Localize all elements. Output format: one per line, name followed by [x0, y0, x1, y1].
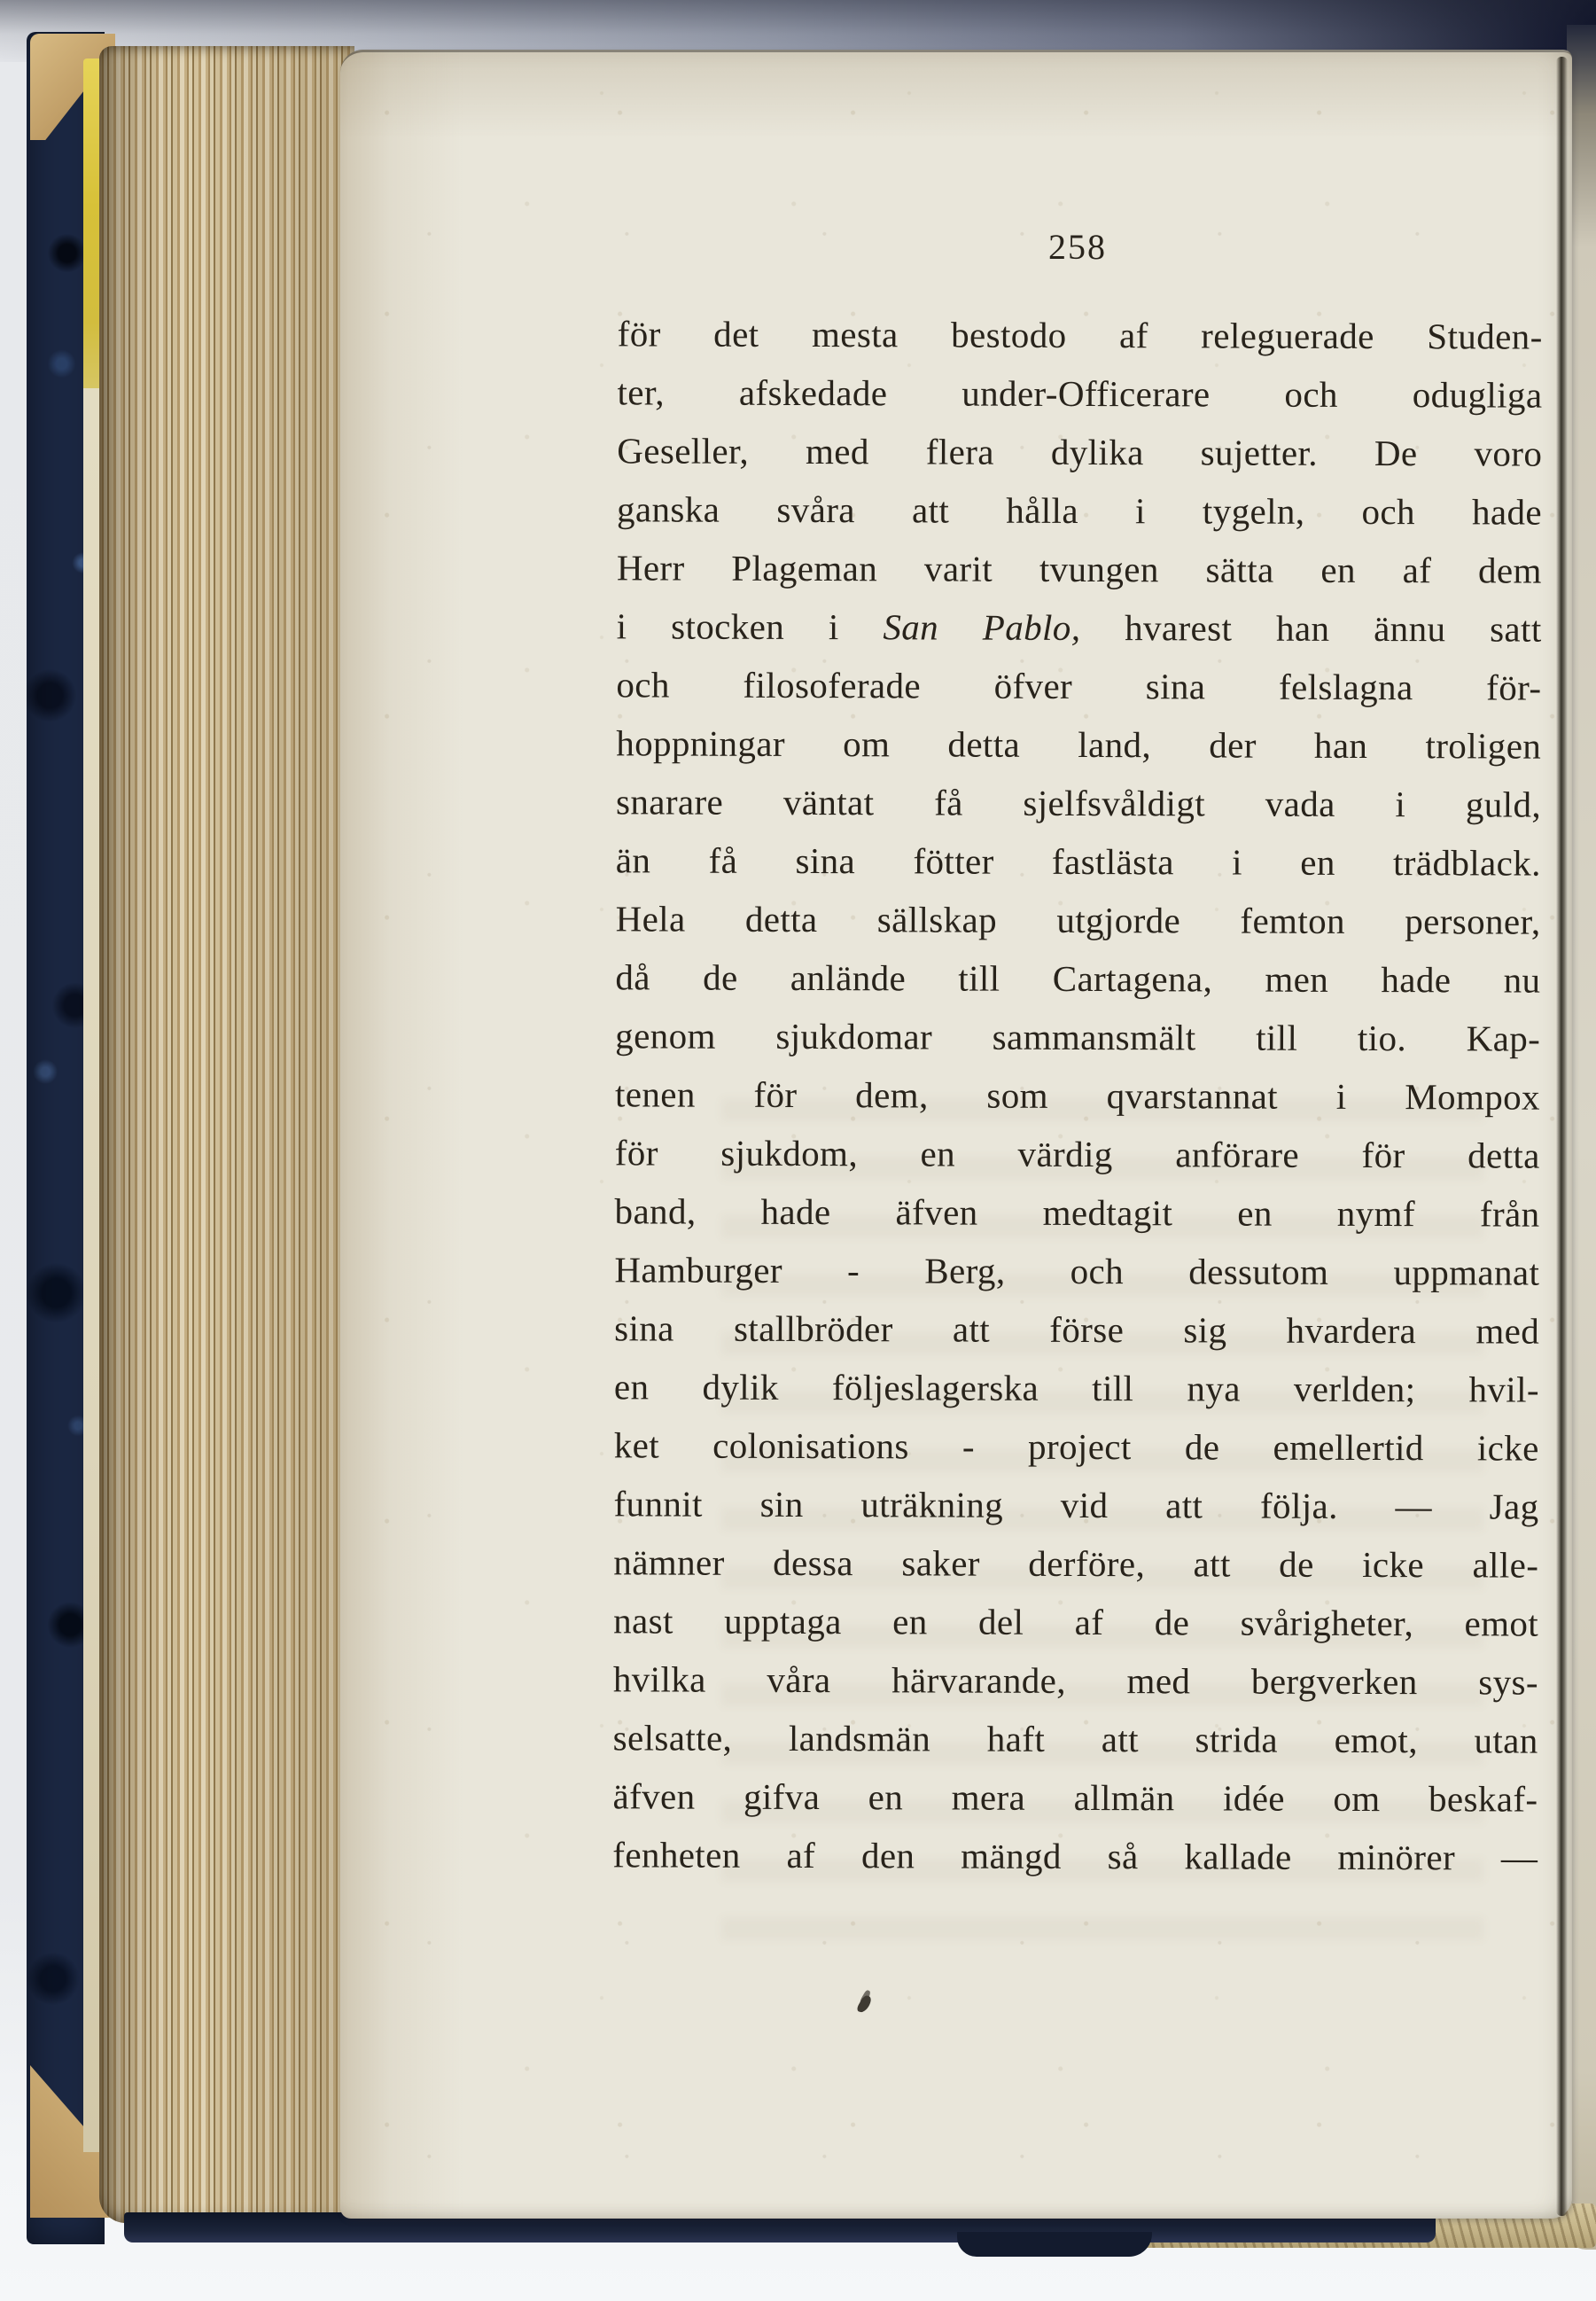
- text-line: fenheten af den mängd så kallade minörer…: [612, 1825, 1538, 1886]
- body-text: i stocken i: [617, 605, 884, 647]
- body-text: än få sina fötter fastlästa i en trädbla…: [616, 839, 1541, 883]
- text-line: funnit sin uträkning vid att följa. — Ja…: [613, 1474, 1538, 1535]
- text-line: hoppningar om detta land, der han trolig…: [616, 714, 1541, 775]
- body-text: nämner dessa saker derföre, att de icke …: [613, 1541, 1538, 1585]
- body-text: då de anlände till Cartagena, men hade n…: [615, 956, 1540, 1000]
- book-scan: 258 för det mesta bestodo af releguerade…: [0, 0, 1596, 2301]
- text-line: för sjukdom, en värdig anförare för dett…: [615, 1123, 1540, 1184]
- ink-speck: [855, 1994, 874, 2013]
- body-text: nast upptaga en del af de svårigheter, e…: [613, 1600, 1538, 1643]
- text-line: och filosoferade öfver sina felslagna fö…: [616, 655, 1541, 716]
- text-line: selsatte, landsmän haft att strida emot,…: [613, 1708, 1538, 1769]
- body-text: sina stallbröder att förse sig hvardera …: [614, 1307, 1539, 1351]
- body-text: ter, afskedade under-Officerare och odug…: [617, 371, 1542, 415]
- text-line: då de anlände till Cartagena, men hade n…: [615, 948, 1540, 1009]
- body-text: Hela detta sällskap utgjorde femton pers…: [616, 898, 1541, 941]
- body-text: snarare väntat få sjelfsvåldigt vada i g…: [616, 781, 1541, 824]
- body-text: hvarest han ännu satt: [1080, 607, 1541, 650]
- text-line: ket colonisations - project de emellerti…: [614, 1416, 1539, 1477]
- text-line: genom sjukdomar sammansmält till tio. Ka…: [615, 1006, 1540, 1067]
- body-text: en dylik följeslagerska till nya verlden…: [614, 1366, 1539, 1409]
- text-line: för det mesta bestodo af releguerade Stu…: [618, 304, 1543, 365]
- page-stack-fore-edge: [99, 46, 354, 2223]
- body-text: fenheten af den mängd så kallade minörer…: [612, 1834, 1538, 1877]
- body-text: för det mesta bestodo af releguerade Stu…: [618, 313, 1543, 356]
- text-line: Hela detta sällskap utgjorde femton pers…: [616, 889, 1541, 950]
- text-line: en dylik följeslagerska till nya verlden…: [614, 1357, 1539, 1418]
- cover-edge-blob: [957, 2232, 1152, 2257]
- text-line: än få sina fötter fastlästa i en trädbla…: [616, 831, 1541, 892]
- text-line: i stocken i San Pablo, hvarest han ännu …: [617, 597, 1542, 658]
- text-line: ter, afskedade under-Officerare och odug…: [617, 363, 1542, 424]
- body-text: äfven gifva en mera allmän idée om beska…: [612, 1775, 1538, 1819]
- text-line: Geseller, med flera dylika sujetter. De …: [617, 421, 1542, 482]
- body-text: genom sjukdomar sammansmält till tio. Ka…: [615, 1015, 1540, 1058]
- text-line: tenen för dem, som qvarstannat i Mompox: [615, 1065, 1540, 1126]
- text-line: nämner dessa saker derföre, att de icke …: [613, 1533, 1538, 1594]
- text-line: band, hade äfven medtagit en nymf från: [614, 1182, 1539, 1243]
- text-block: för det mesta bestodo af releguerade Stu…: [612, 304, 1543, 1886]
- body-text: ganska svåra att hålla i tygeln, och had…: [617, 488, 1542, 532]
- body-text: Herr Plageman varit tvungen sätta en af …: [617, 547, 1542, 590]
- text-line: hvilka våra härvarande, med bergverken s…: [613, 1650, 1538, 1711]
- body-text: hoppningar om detta land, der han trolig…: [616, 722, 1541, 766]
- text-line: sina stallbröder att förse sig hvardera …: [614, 1299, 1539, 1360]
- body-text: ket colonisations - project de emellerti…: [614, 1424, 1539, 1468]
- page-number: 258: [615, 226, 1540, 268]
- body-text: selsatte, landsmän haft att strida emot,…: [613, 1717, 1538, 1760]
- body-text: tenen för dem, som qvarstannat i Mompox: [615, 1073, 1540, 1117]
- body-text: band, hade äfven medtagit en nymf från: [615, 1190, 1540, 1234]
- text-line: snarare väntat få sjelfsvåldigt vada i g…: [616, 772, 1541, 833]
- body-text: Hamburger - Berg, och dessutom uppmanat: [614, 1249, 1539, 1292]
- text-line: nast upptaga en del af de svårigheter, e…: [613, 1591, 1538, 1652]
- body-text: funnit sin uträkning vid att följa. — Ja…: [613, 1483, 1538, 1526]
- text-line: Herr Plageman varit tvungen sätta en af …: [617, 538, 1542, 599]
- body-text: och filosoferade öfver sina felslagna fö…: [616, 664, 1541, 707]
- page-edge-shadow-line: [1556, 57, 1568, 2216]
- text-line: ganska svåra att hålla i tygeln, och had…: [617, 480, 1542, 541]
- open-page: 258 för det mesta bestodo af releguerade…: [340, 50, 1572, 2219]
- text-line: äfven gifva en mera allmän idée om beska…: [612, 1767, 1538, 1828]
- text-line: Hamburger - Berg, och dessutom uppmanat: [614, 1240, 1539, 1301]
- italic-text: San Pablo,: [883, 606, 1080, 648]
- body-text: Geseller, med flera dylika sujetter. De …: [617, 430, 1542, 473]
- body-text: för sjukdom, en värdig anförare för dett…: [615, 1132, 1540, 1175]
- body-text: hvilka våra härvarande, med bergverken s…: [613, 1658, 1538, 1702]
